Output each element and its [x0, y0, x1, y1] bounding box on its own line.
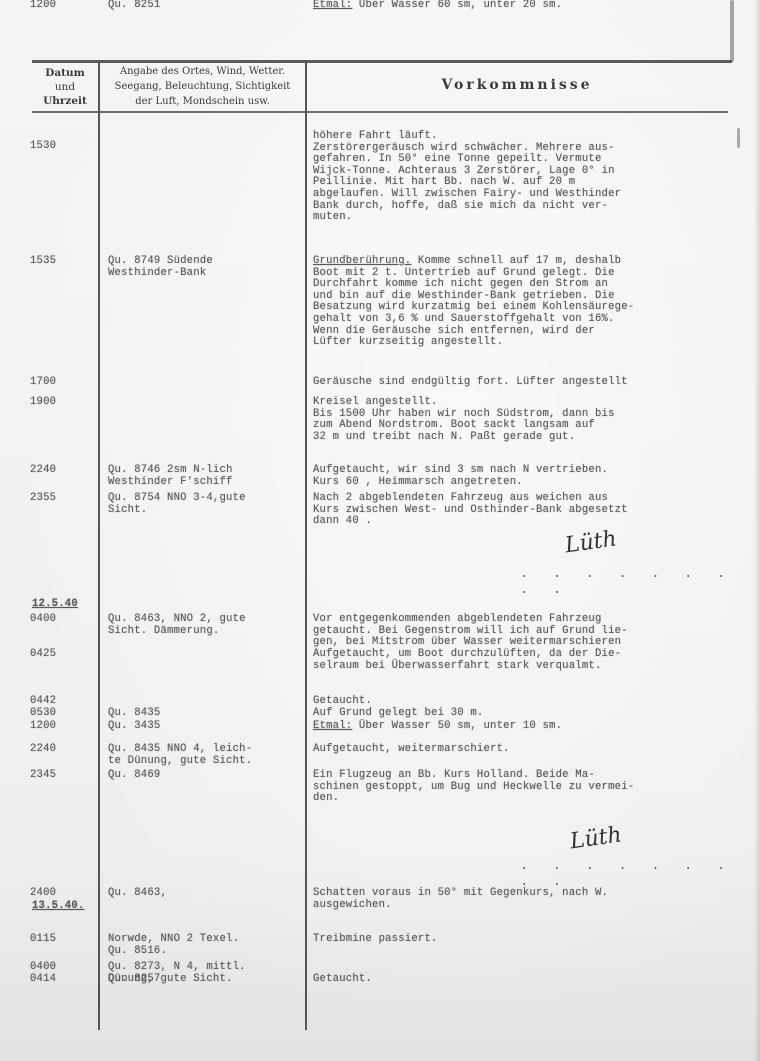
entry-text-line: muten.	[313, 212, 621, 224]
entry-time: 2240	[30, 465, 90, 477]
entry-remarks: Auf Grund gelegt bei 30 m.	[313, 708, 484, 720]
header-datum-line: und	[34, 80, 96, 94]
entry-remarks: Aufgetaucht, wir sind 3 sm nach N vertri…	[313, 465, 608, 488]
entry-location: Qu. 8754 NNO 3-4,gute Sicht.	[108, 493, 246, 516]
entry-text-line: Ein Flugzeug an Bb. Kurs Holland. Beide …	[313, 770, 634, 782]
entry-location: Qu. 8435 NNO 4, leich- te Dünung, gute S…	[108, 744, 252, 767]
entry-time: 0414	[30, 974, 90, 986]
entry-text-line: selraum bei Überwasserfahrt stark verqua…	[313, 661, 621, 673]
entry-time: 1200	[30, 0, 90, 12]
dotted-line: . . . . . . . . .	[520, 858, 760, 890]
header-angabe-line: der Luft, Mondschein usw.	[100, 94, 305, 109]
entry-remarks: Nach 2 abgeblendeten Fahrzeug aus weiche…	[313, 493, 628, 528]
entry-remarks: Etmal: Über Wasser 60 sm, unter 20 sm.	[313, 0, 562, 12]
entry-text-line: ausgewichen.	[313, 900, 608, 912]
entry-time: 2345	[30, 770, 90, 782]
header-bottom-rule	[32, 111, 728, 113]
column-divider-1	[98, 60, 100, 1030]
entry-remarks: Geräusche sind endgültig fort. Lüfter an…	[313, 377, 628, 389]
entry-time: 1200	[30, 721, 90, 733]
entry-remarks: Etmal: Über Wasser 50 sm, unter 10 sm.	[313, 721, 562, 733]
entry-text-line: Getaucht.	[313, 974, 372, 986]
entry-time: 0530	[30, 708, 90, 720]
entry-time: 0442	[30, 696, 90, 708]
entry-location: Qu. 3435	[108, 721, 160, 733]
header-angabe: Angabe des Ortes, Wind, Wetter. Seegang,…	[100, 64, 305, 109]
date-heading: 12.5.40	[32, 599, 78, 611]
entry-text-line: schinen gestoppt, um Bug und Heckwelle z…	[313, 782, 634, 794]
entry-time: 1535	[30, 256, 90, 268]
entry-location: Qu. 8463,	[108, 888, 167, 900]
header-datum-line: Datum	[34, 66, 96, 80]
entry-text-line: höhere Fahrt läuft.	[313, 131, 621, 143]
table-top-rule	[32, 60, 732, 63]
entry-text-line: Treibmine passiert.	[313, 934, 438, 946]
entry-remarks: Ein Flugzeug an Bb. Kurs Holland. Beide …	[313, 770, 634, 805]
header-datum-line: Uhrzeit	[34, 94, 96, 108]
entry-time: 1700	[30, 377, 90, 389]
entry-remarks: Kreisel angestellt.Bis 1500 Uhr haben wi…	[313, 397, 615, 443]
entry-remarks: Treibmine passiert.	[313, 934, 438, 946]
entry-text-line: Vor entgegenkommenden abgeblendeten Fahr…	[313, 614, 628, 626]
binding-mark-small	[737, 128, 740, 148]
entry-time: 0400	[30, 614, 90, 626]
dotted-line: . . . . . . . . .	[520, 566, 760, 598]
entry-time: 0425	[30, 649, 90, 661]
binding-mark	[730, 0, 734, 62]
entry-text-line: Bank durch, hoffe, daß sie mich da nicht…	[313, 201, 621, 213]
entry-text-line: Etmal: Über Wasser 50 sm, unter 10 sm.	[313, 721, 562, 733]
entry-remarks: Aufgetaucht, um Boot durchzulüften, da d…	[313, 649, 621, 672]
entry-text-line: Getaucht.	[313, 696, 372, 708]
entry-text-line: gehalt von 3,6 % und Sauerstoffgehalt vo…	[313, 314, 634, 326]
entry-time: 0115	[30, 934, 90, 946]
entry-location: Qu. 8257	[108, 974, 160, 986]
entry-text-line: Aufgetaucht, wir sind 3 sm nach N vertri…	[313, 465, 608, 477]
header-angabe-line: Seegang, Beleuchtung, Sichtigkeit	[100, 79, 305, 94]
entry-text-line: Aufgetaucht, weitermarschiert.	[313, 744, 510, 756]
entry-time: 1530	[30, 141, 90, 153]
entry-time: 1900	[30, 397, 90, 409]
entry-location: Norwde, NNO 2 Texel. Qu. 8516.	[108, 934, 239, 957]
entry-text-line: 32 m und treibt nach N. Paßt gerade gut.	[313, 432, 615, 444]
entry-time: 2355	[30, 493, 90, 505]
entry-remarks: Aufgetaucht, weitermarschiert.	[313, 744, 510, 756]
entry-location: Qu. 8251	[108, 0, 160, 12]
entry-time: 2400	[30, 888, 90, 900]
entry-text-line: dann 40 .	[313, 516, 628, 528]
entry-location: Qu. 8435	[108, 708, 160, 720]
entry-text-line: Auf Grund gelegt bei 30 m.	[313, 708, 484, 720]
entry-text-line: Nach 2 abgeblendeten Fahrzeug aus weiche…	[313, 493, 628, 505]
entry-text-line: Etmal: Über Wasser 60 sm, unter 20 sm.	[313, 0, 562, 12]
entry-text-line: Grundberührung. Komme schnell auf 17 m, …	[313, 256, 634, 268]
entry-remarks: Vor entgegenkommenden abgeblendeten Fahr…	[313, 614, 628, 649]
entry-remarks: Grundberührung. Komme schnell auf 17 m, …	[313, 256, 634, 349]
date-heading: 13.5.40.	[32, 901, 84, 913]
entry-location: Qu. 8749 Südende Westhinder-Bank	[108, 256, 213, 279]
entry-remarks: höhere Fahrt läuft.Zerstörergeräusch wir…	[313, 131, 621, 224]
entry-location: Qu. 8469	[108, 770, 160, 782]
entry-text-line: Lüfter kurzseitig angestellt.	[313, 337, 634, 349]
entry-remarks: Schatten voraus in 50° mit Gegenkurs, na…	[313, 888, 608, 911]
header-vorkommnisse: Vorkommnisse	[307, 78, 727, 92]
entry-location: Qu. 8746 2sm N-lich Westhinder F'schiff	[108, 465, 233, 488]
entry-time: 0400	[30, 962, 90, 974]
entry-text-line: Geräusche sind endgültig fort. Lüfter an…	[313, 377, 628, 389]
entry-location: Qu. 8463, NNO 2, gute Sicht. Dämmerung.	[108, 614, 246, 637]
header-datum: Datum und Uhrzeit	[34, 66, 96, 108]
entry-text-line: Kreisel angestellt.	[313, 397, 615, 409]
page-edge-shadow	[754, 0, 760, 1061]
header-angabe-line: Angabe des Ortes, Wind, Wetter.	[100, 64, 305, 79]
entry-text-line: abgelaufen. Will zwischen Fairy- und Wes…	[313, 189, 621, 201]
column-divider-2	[305, 60, 307, 1030]
entry-text-line: Kurs 60 , Heimmarsch angetreten.	[313, 477, 608, 489]
entry-remarks: Getaucht.	[313, 974, 372, 986]
entry-time: 2240	[30, 744, 90, 756]
entry-text-line: Aufgetaucht, um Boot durchzulüften, da d…	[313, 649, 621, 661]
entry-text-line: den.	[313, 793, 634, 805]
entry-remarks: Getaucht.	[313, 696, 372, 708]
